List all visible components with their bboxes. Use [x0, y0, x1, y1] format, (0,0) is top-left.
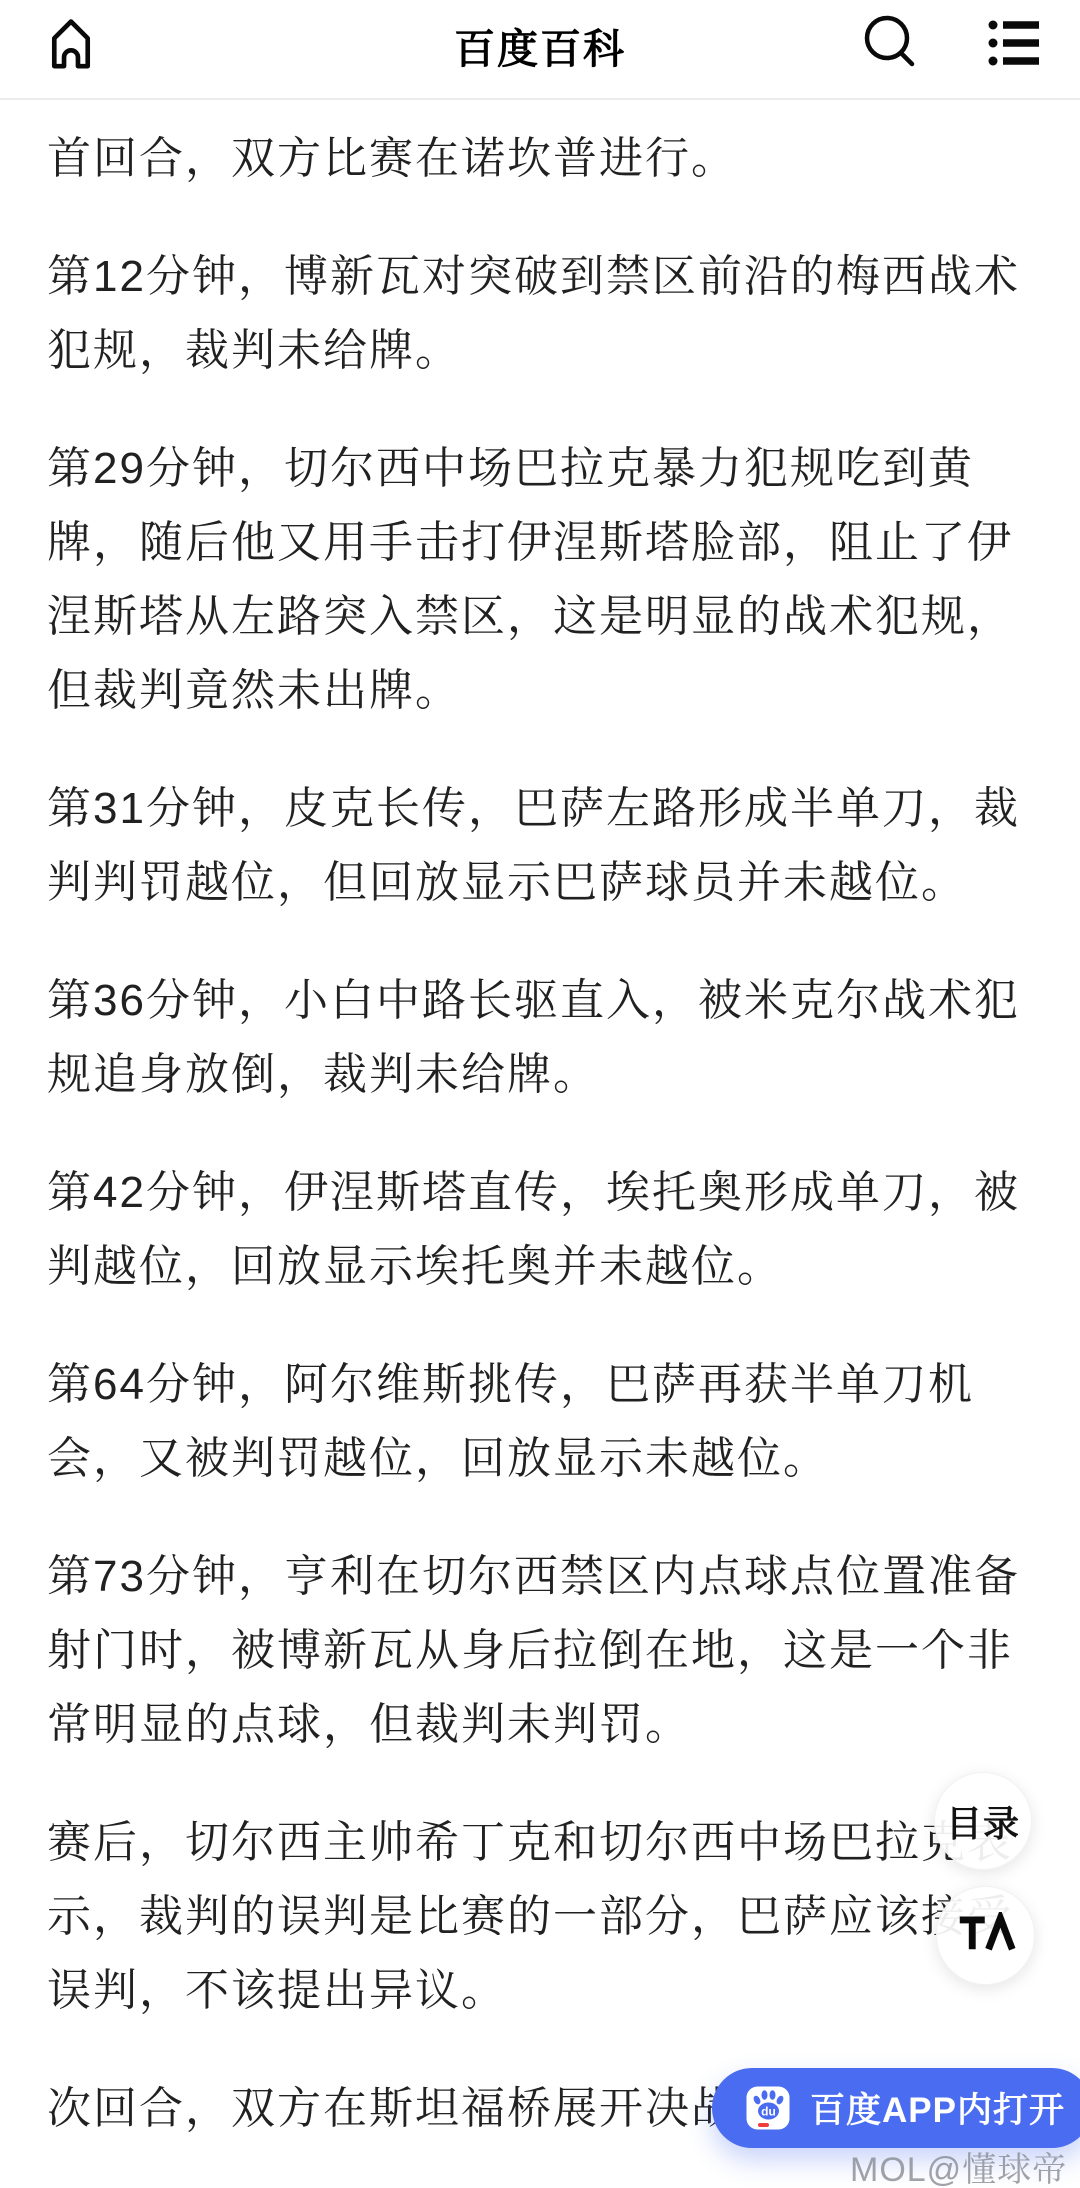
paragraph: 第29分钟，切尔西中场巴拉克暴力犯规吃到黄牌，随后他又用手击打伊涅斯塔脸部，阻止…	[47, 432, 1033, 728]
paragraph: 第64分钟，阿尔维斯挑传，巴萨再获半单刀机会，又被判罚越位，回放显示未越位。	[47, 1348, 1033, 1496]
header-bar: 百度百科	[0, 0, 1080, 100]
toc-label: 目录	[946, 1796, 1020, 1847]
menu-button[interactable]	[988, 20, 1042, 68]
svg-text:du: du	[761, 2105, 776, 2119]
paragraph: 第73分钟，亨利在切尔西禁区内点球点位置准备射门时，被博新瓦从身后拉倒在地，这是…	[47, 1540, 1033, 1762]
page-title: 百度百科	[0, 0, 1080, 98]
baidu-paw-icon: du	[746, 2086, 790, 2130]
paragraph: 第12分钟，博新瓦对突破到禁区前沿的梅西战术犯规，裁判未给牌。	[47, 240, 1033, 388]
ta-floating-button[interactable]	[936, 1886, 1035, 1985]
paragraph: 第31分钟，皮克长传，巴萨左路形成半单刀，裁判判罚越位，但回放显示巴萨球员并未越…	[47, 772, 1033, 920]
paragraph: 首回合，双方比赛在诺坎普进行。	[47, 122, 1033, 196]
search-icon	[864, 15, 918, 72]
app-banner-label: 百度APP内打开	[810, 2083, 1065, 2133]
paragraph: 赛后，切尔西主帅希丁克和切尔西中场巴拉克表示，裁判的误判是比赛的一部分，巴萨应该…	[47, 1806, 1033, 2028]
paragraph: 第42分钟，伊涅斯塔直传，埃托奥形成单刀，被判越位，回放显示埃托奥并未越位。	[47, 1156, 1033, 1304]
baike-page: 百度百科 首回合，双方比	[0, 0, 1080, 2188]
paragraph: 第36分钟，小白中路长驱直入，被米克尔战术犯规追身放倒，裁判未给牌。	[47, 964, 1033, 1112]
open-in-baidu-app-banner[interactable]: du 百度APP内打开	[712, 2068, 1080, 2148]
ta-logo-icon	[956, 1912, 1016, 1959]
toc-floating-button[interactable]: 目录	[934, 1772, 1032, 1870]
list-menu-icon	[988, 19, 1042, 70]
article-body: 首回合，双方比赛在诺坎普进行。 第12分钟，博新瓦对突破到禁区前沿的梅西战术犯规…	[0, 100, 1080, 2188]
search-button[interactable]	[864, 16, 918, 70]
